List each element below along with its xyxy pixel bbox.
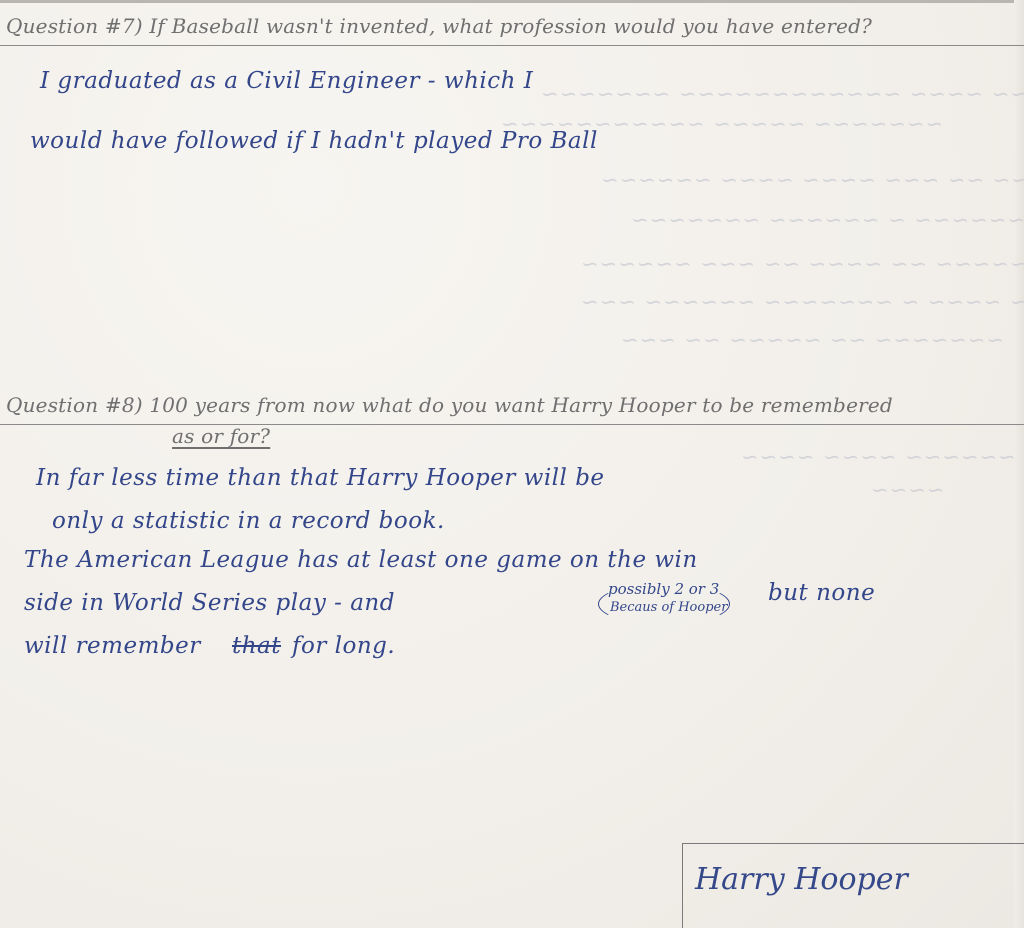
- question-8-rule-line: [0, 424, 1024, 425]
- question-8-answer-after-paren: but none: [768, 580, 875, 606]
- question-7-answer-line-2: would have followed if I hadn't played P…: [30, 128, 598, 154]
- question-8-answer-line-1: In far less time than that Harry Hooper …: [36, 465, 605, 491]
- question-7-rule-line: [0, 45, 1024, 46]
- parenthetical-note: Becaus of Hooper: [610, 600, 727, 615]
- question-8-answer-line-6: for long.: [292, 633, 395, 659]
- question-7-prompt: Question #7) If Baseball wasn't invented…: [6, 14, 872, 38]
- inserted-possibly-note: possibly 2 or 3: [608, 580, 719, 598]
- paper-top-edge: [0, 0, 1024, 3]
- question-7-answer-line-1: I graduated as a Civil Engineer - which …: [40, 68, 533, 94]
- signature: Harry Hooper: [695, 862, 908, 897]
- question-8-prompt: Question #8) 100 years from now what do …: [6, 393, 893, 417]
- question-8-answer-line-3: The American League has at least one gam…: [24, 547, 698, 573]
- struck-out-word: that: [232, 633, 281, 659]
- question-8-answer-line-2: only a statistic in a record book.: [52, 508, 445, 534]
- question-8-answer-line-4: side in World Series play - and: [24, 590, 395, 616]
- question-8-answer-line-5: will remember: [24, 633, 201, 659]
- question-8-prompt-continued: as or for?: [172, 424, 270, 448]
